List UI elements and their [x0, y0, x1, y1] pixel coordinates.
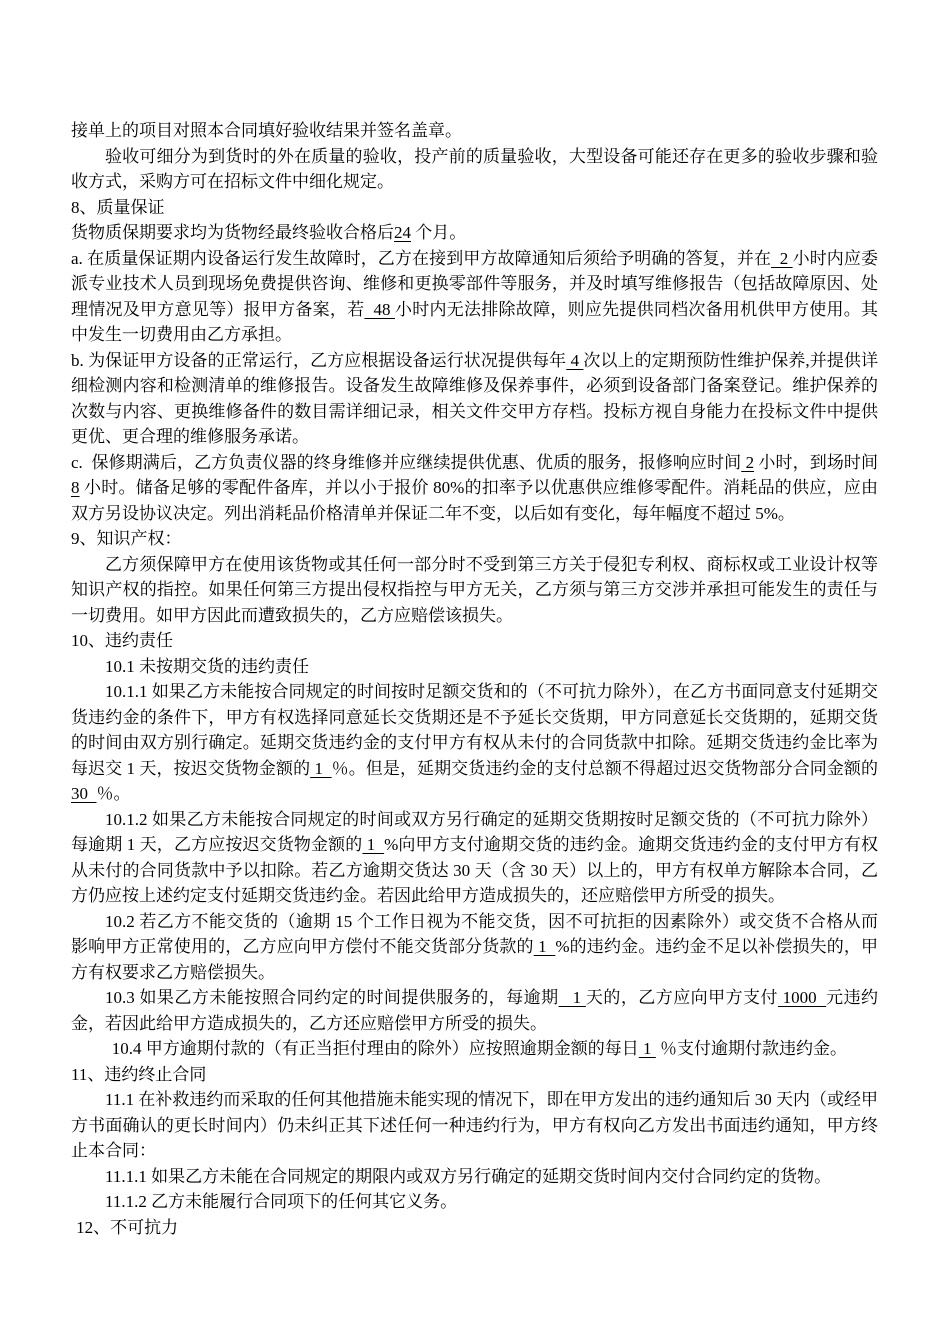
paragraph: 验收可细分为到货时的外在质量的验收，投产前的质量验收，大型设备可能还存在更多的验… — [71, 144, 878, 195]
filled-blank-value: 2 — [771, 249, 793, 268]
filled-blank-value: 1 — [559, 988, 586, 1007]
text-run: 10、违约责任 — [71, 631, 173, 650]
text-run: b. 为保证甲方设备的正常运行，乙方应根据设备运行状况提供每年 — [71, 351, 566, 370]
text-run: 8、质量保证 — [71, 198, 165, 217]
text-run: a. 在质量保证期内设备运行发生故障时，乙方在接到甲方故障通知后须给予明确的答复… — [71, 249, 771, 268]
filled-blank-value: 48 — [364, 300, 395, 319]
paragraph: a. 在质量保证期内设备运行发生故障时，乙方在接到甲方故障通知后须给予明确的答复… — [71, 246, 878, 348]
text-run: 个月。 — [411, 223, 466, 242]
filled-blank-value: 1 — [534, 937, 556, 956]
text-run: 11、违约终止合同 — [71, 1065, 206, 1084]
paragraph: 10.4 甲方逾期付款的（有正当拒付理由的除外）应按照逾期金额的每日 1 ％支付… — [71, 1036, 878, 1062]
paragraph: 11.1.2 乙方未能履行合同项下的任何其它义务。 — [71, 1189, 878, 1215]
paragraph: 11.1.1 如果乙方未能在合同规定的期限内或双方另行确定的延期交货时间内交付合… — [71, 1164, 878, 1190]
paragraph: 11、违约终止合同 — [71, 1062, 878, 1088]
paragraph: c. 保修期满后，乙方负责仪器的终身维修并应继续提供优惠、优质的服务，报修响应时… — [71, 450, 878, 527]
paragraph: 乙方须保障甲方在使用该货物或其任何一部分时不受到第三方关于侵犯专利权、商标权或工… — [71, 552, 878, 629]
paragraph: 10.1.2 如果乙方未能按合同规定的时间或双方另行确定的延期交货期按时足额交货… — [71, 807, 878, 909]
document-body: 接单上的项目对照本合同填好验收结果并签名盖章。验收可细分为到货时的外在质量的验收… — [71, 118, 878, 1240]
text-run: 12、不可抗力 — [76, 1218, 178, 1237]
paragraph: 12、不可抗力 — [71, 1215, 878, 1241]
filled-blank-value: 30 — [71, 784, 97, 803]
text-run: 11.1 在补救违约而采取的任何其他措施未能实现的情况下，即在甲方发出的违约通知… — [71, 1090, 878, 1160]
filled-blank-value: 8 — [71, 478, 80, 497]
contract-document-page: 接单上的项目对照本合同填好验收结果并签名盖章。验收可细分为到货时的外在质量的验收… — [0, 0, 950, 1344]
paragraph: 10、违约责任 — [71, 628, 878, 654]
text-run: 小时，到场时间 — [754, 453, 878, 472]
text-run: 乙方须保障甲方在使用该货物或其任何一部分时不受到第三方关于侵犯专利权、商标权或工… — [71, 555, 878, 625]
text-run: ％支付逾期付款违约金。 — [656, 1039, 847, 1058]
text-run: 10.1 未按期交货的违约责任 — [105, 657, 309, 676]
paragraph: 10.1.1 如果乙方未能按合同规定的时间按时足额交货和的（不可抗力除外），在乙… — [71, 679, 878, 807]
paragraph: 8、质量保证 — [71, 195, 878, 221]
text-run: 11.1.1 如果乙方未能在合同规定的期限内或双方另行确定的延期交货时间内交付合… — [105, 1167, 831, 1186]
paragraph: 10.1 未按期交货的违约责任 — [71, 654, 878, 680]
paragraph: 11.1 在补救违约而采取的任何其他措施未能实现的情况下，即在甲方发出的违约通知… — [71, 1087, 878, 1164]
filled-blank-value: 1 — [362, 835, 384, 854]
text-run: 天的，乙方应向甲方支付 — [586, 988, 778, 1007]
text-run: 小时。储备足够的零配件备库，并以小于报价 80%的扣率予以优惠供应维修零配件。消… — [71, 478, 878, 523]
text-run: 验收可细分为到货时的外在质量的验收，投产前的质量验收，大型设备可能还存在更多的验… — [71, 147, 878, 192]
text-run: 货物质保期要求均为货物经最终验收合格后 — [71, 223, 394, 242]
text-run: c. 保修期满后，乙方负责仪器的终身维修并应继续提供优惠、优质的服务，报修响应时… — [71, 453, 741, 472]
paragraph: 接单上的项目对照本合同填好验收结果并签名盖章。 — [71, 118, 878, 144]
paragraph: 10.2 若乙方不能交货的（逾期 15 个工作日视为不能交货，因不可抗拒的因素除… — [71, 909, 878, 986]
text-run: 10.4 甲方逾期付款的（有正当拒付理由的除外）应按照逾期金额的每日 — [112, 1039, 639, 1058]
text-run: ％。但是，延期交货违约金的支付总额不得超过迟交货物部分合同金额的 — [332, 759, 878, 778]
filled-blank-value: 2 — [741, 453, 754, 472]
filled-blank-value: 1 — [639, 1039, 656, 1058]
filled-blank-value: 4 — [566, 351, 583, 370]
text-run: 10.3 如果乙方未能按照合同约定的时间提供服务的，每逾期 — [105, 988, 559, 1007]
paragraph: 10.3 如果乙方未能按照合同约定的时间提供服务的，每逾期 1 天的，乙方应向甲… — [71, 985, 878, 1036]
paragraph: 货物质保期要求均为货物经最终验收合格后24 个月。 — [71, 220, 878, 246]
paragraph: b. 为保证甲方设备的正常运行，乙方应根据设备运行状况提供每年 4 次以上的定期… — [71, 348, 878, 450]
text-run: 11.1.2 乙方未能履行合同项下的任何其它义务。 — [105, 1192, 457, 1211]
filled-blank-value: 1000 — [778, 988, 826, 1007]
paragraph: 9、知识产权： — [71, 526, 878, 552]
text-run: ％。 — [97, 784, 131, 803]
text-run: 9、知识产权： — [71, 529, 182, 548]
filled-blank-value: 24 — [394, 223, 411, 242]
text-run: 接单上的项目对照本合同填好验收结果并签名盖章。 — [71, 121, 462, 140]
filled-blank-value: 1 — [310, 759, 331, 778]
